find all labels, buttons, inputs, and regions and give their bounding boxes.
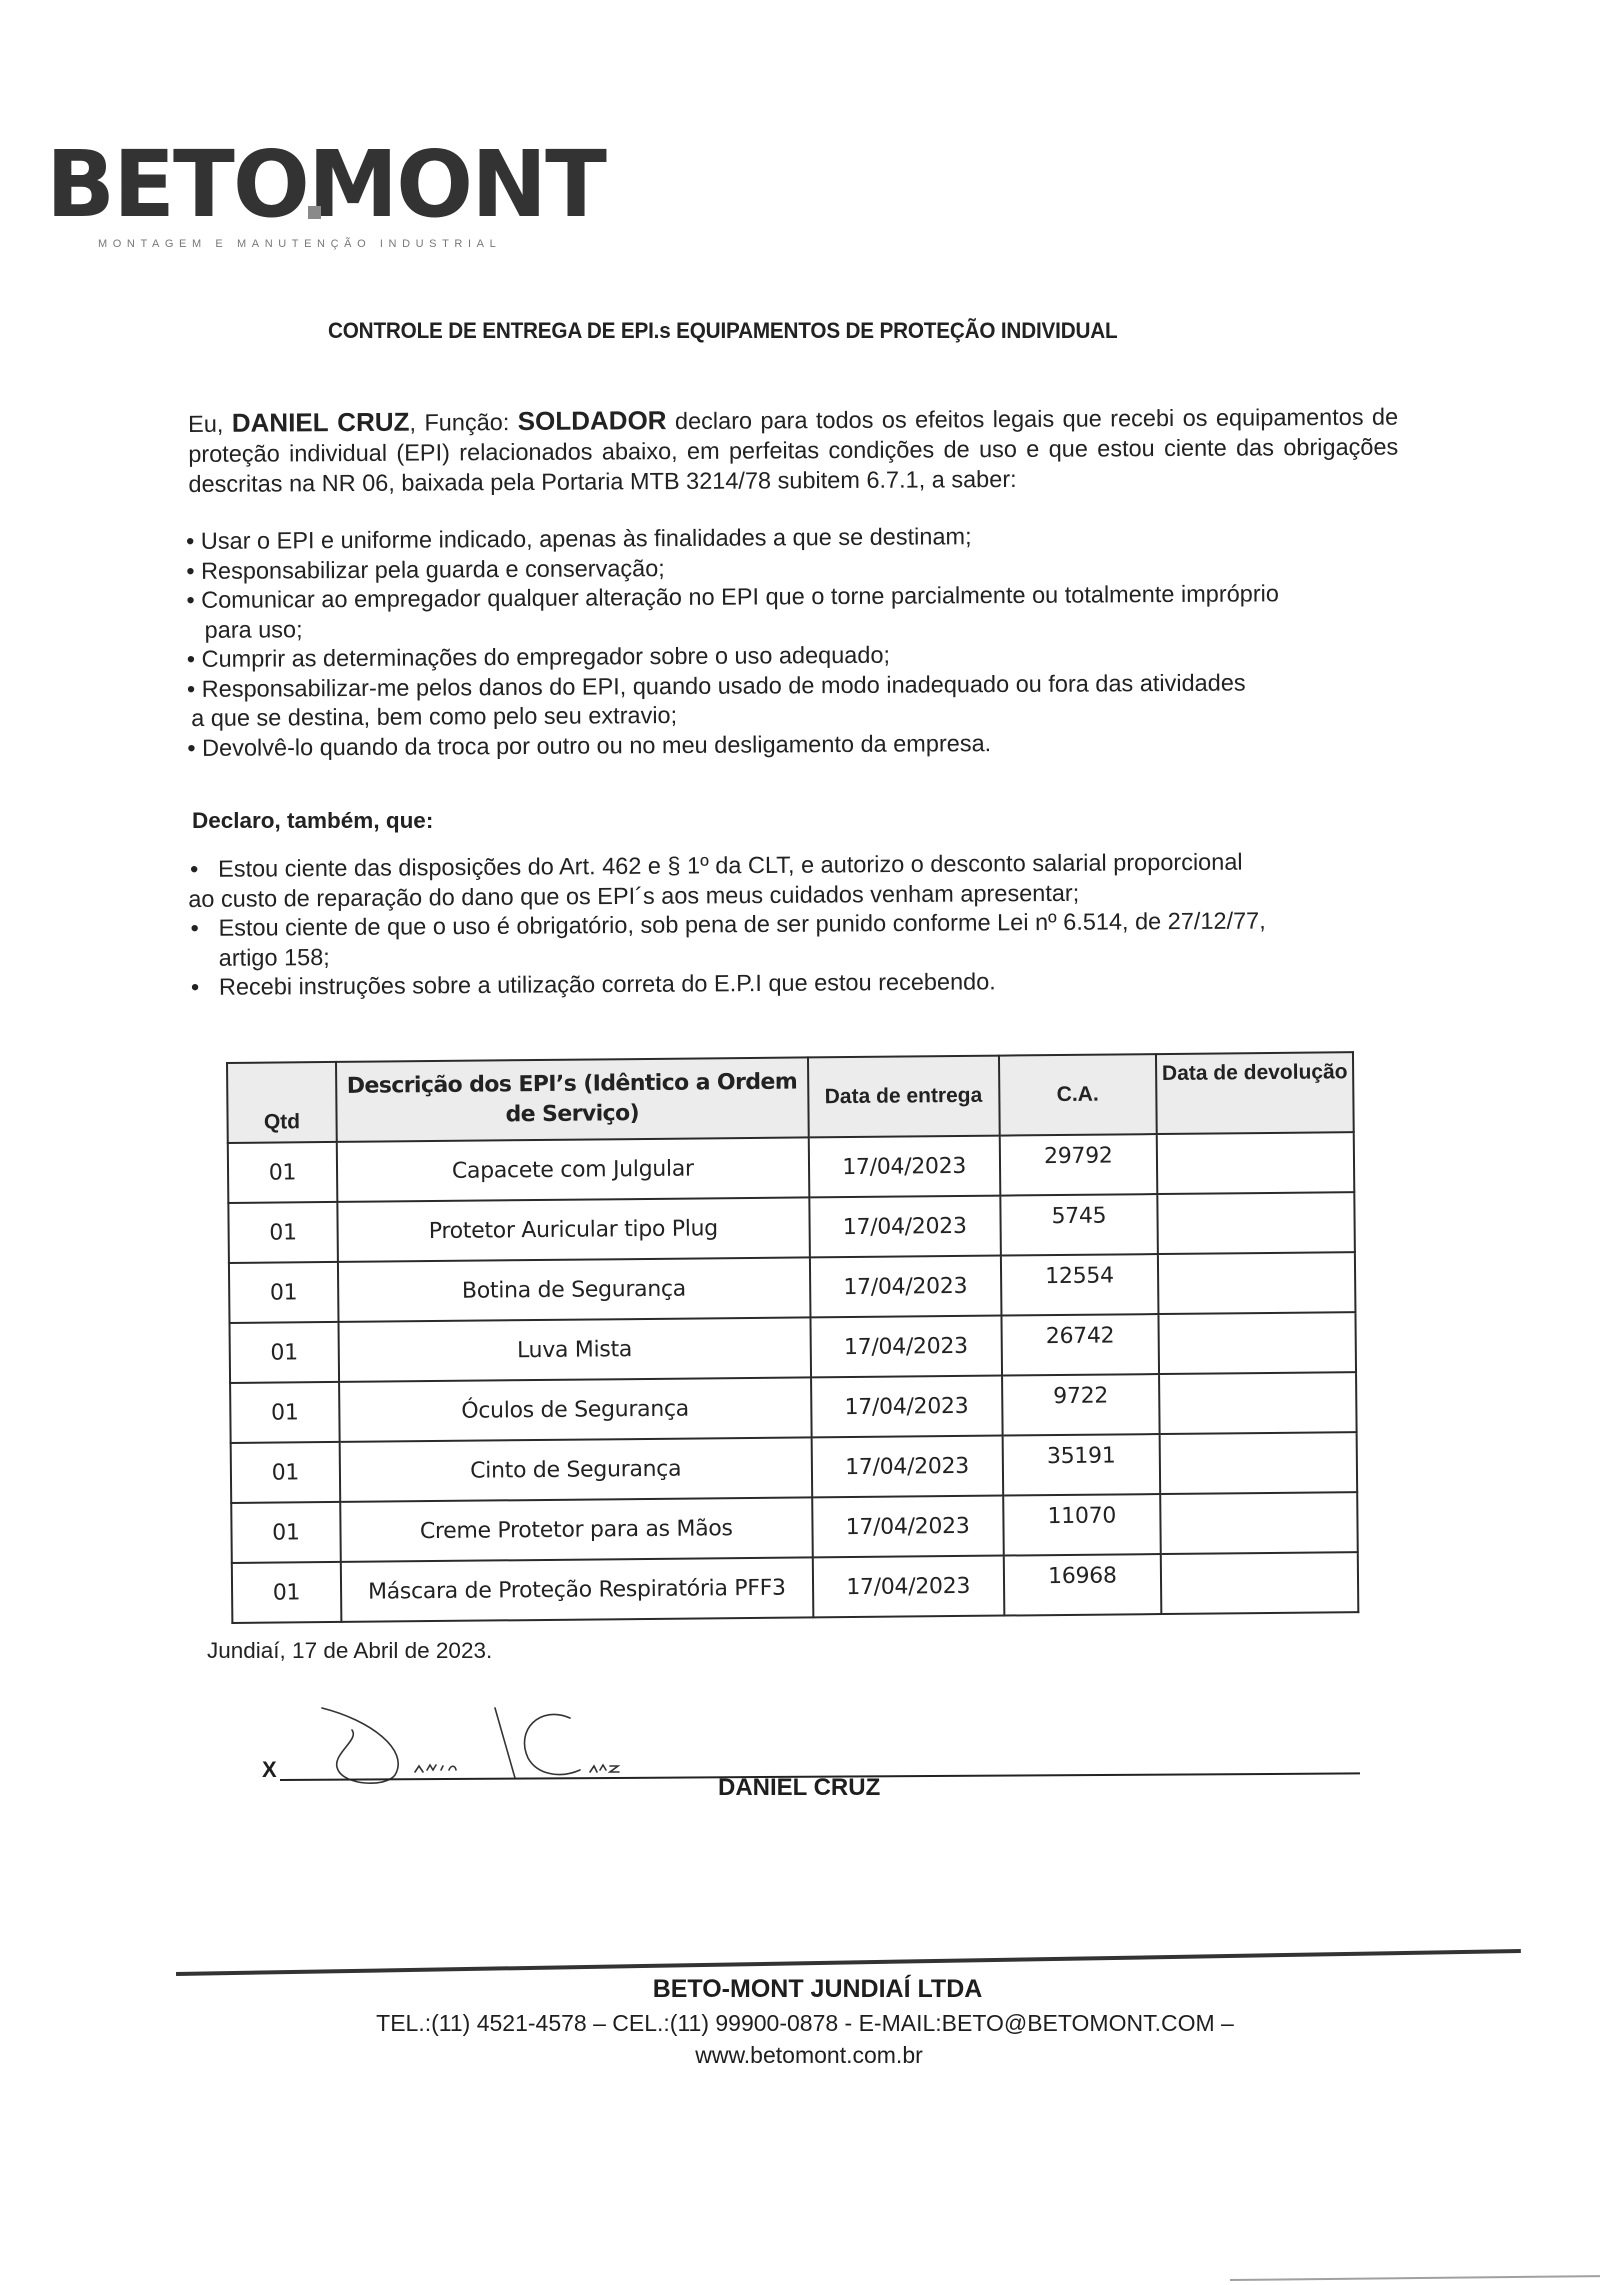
role-label: , Função: <box>409 409 509 436</box>
bullet-icon: • <box>187 734 202 760</box>
table-header-row: Qtd Descrição dos EPI’s (Idêntico a Orde… <box>227 1052 1354 1143</box>
cell-delivery-date: 17/04/2023 <box>809 1196 1000 1258</box>
cell-return-date <box>1160 1432 1357 1494</box>
cell-ca: 26742 <box>1001 1314 1159 1376</box>
cell-return-date <box>1157 1132 1354 1194</box>
place-date: Jundiaí, 17 de Abril de 2023. <box>207 1638 492 1664</box>
epi-delivery-table: Qtd Descrição dos EPI’s (Idêntico a Orde… <box>226 1051 1359 1624</box>
also-declare-list: •Estou ciente das disposições do Art. 46… <box>188 846 1429 1002</box>
header-ca: C.A. <box>999 1054 1157 1136</box>
scan-edge <box>1230 2275 1600 2281</box>
cell-qtd: 01 <box>232 1562 341 1623</box>
obligations-list: • Usar o EPI e uniforme indicado, apenas… <box>186 519 1427 763</box>
table-row: 01Máscara de Proteção Respiratória PFF31… <box>232 1552 1359 1623</box>
table-row: 01Capacete com Julgular17/04/202329792 <box>228 1132 1355 1203</box>
cell-return-date <box>1159 1312 1356 1374</box>
bullet-icon: • <box>186 587 201 613</box>
footer-contact: TEL.:(11) 4521-4578 – CEL.:(11) 99900-08… <box>0 2010 1600 2037</box>
signature-marker: X <box>262 1757 277 1783</box>
cell-return-date <box>1160 1492 1357 1554</box>
signer-name: DANIEL CRUZ <box>718 1774 880 1802</box>
cell-description: Máscara de Proteção Respiratória PFF3 <box>341 1557 814 1622</box>
bullet-icon: • <box>187 675 202 701</box>
footer-divider <box>176 1949 1521 1976</box>
bullet-icon: • <box>188 914 218 944</box>
table-row: 01Luva Mista17/04/202326742 <box>230 1312 1357 1383</box>
also-declare-heading: Declaro, também, que: <box>192 806 433 836</box>
cell-description: Óculos de Segurança <box>339 1377 812 1442</box>
header-description: Descrição dos EPI’s (Idêntico a Ordem de… <box>336 1057 809 1142</box>
table-row: 01Creme Protetor para as Mãos17/04/20231… <box>231 1492 1358 1563</box>
cell-qtd: 01 <box>231 1442 340 1503</box>
cell-delivery-date: 17/04/2023 <box>810 1256 1001 1318</box>
cell-description: Creme Protetor para as Mãos <box>340 1497 813 1562</box>
cell-delivery-date: 17/04/2023 <box>810 1316 1001 1378</box>
declaration-prefix: Eu, <box>188 411 223 437</box>
table-row: 01Protetor Auricular tipo Plug17/04/2023… <box>228 1192 1355 1263</box>
bullet-icon: • <box>189 973 219 1003</box>
bullet-icon: • <box>187 646 202 672</box>
table-row: 01Cinto de Segurança17/04/202335191 <box>231 1432 1358 1503</box>
bullet-icon: • <box>188 855 218 885</box>
cell-description: Botina de Segurança <box>338 1257 811 1322</box>
cell-delivery-date: 17/04/2023 <box>811 1436 1002 1498</box>
document-title: CONTROLE DE ENTREGA DE EPI.s EQUIPAMENTO… <box>328 318 1117 344</box>
cell-qtd: 01 <box>228 1142 337 1203</box>
table-row: 01Óculos de Segurança17/04/20239722 <box>230 1372 1357 1443</box>
cell-delivery-date: 17/04/2023 <box>812 1496 1003 1558</box>
employee-name: DANIEL CRUZ <box>232 407 410 438</box>
bullet-icon: • <box>186 557 201 583</box>
declaration-paragraph: Eu, DANIEL CRUZ, Função: SOLDADOR declar… <box>188 401 1399 499</box>
cell-return-date <box>1158 1192 1355 1254</box>
cell-qtd: 01 <box>228 1202 337 1263</box>
cell-qtd: 01 <box>230 1322 339 1383</box>
footer-company: BETO-MONT JUNDIAÍ LTDA <box>0 1975 1600 2004</box>
cell-description: Cinto de Segurança <box>339 1437 812 1502</box>
header-qtd: Qtd <box>227 1062 337 1143</box>
cell-ca: 9722 <box>1002 1374 1160 1436</box>
bullet-icon: • <box>186 528 201 554</box>
company-logo: BETOMONT <box>46 140 613 230</box>
cell-delivery-date: 17/04/2023 <box>813 1556 1004 1618</box>
logo-wordmark: BETOMONT <box>46 140 605 230</box>
cell-ca: 11070 <box>1003 1494 1161 1556</box>
cell-ca: 35191 <box>1002 1434 1160 1496</box>
cell-qtd: 01 <box>231 1502 340 1563</box>
cell-description: Luva Mista <box>338 1317 811 1382</box>
cell-return-date <box>1158 1252 1355 1314</box>
cell-qtd: 01 <box>229 1262 338 1323</box>
cell-ca: 16968 <box>1003 1554 1161 1616</box>
cell-description: Protetor Auricular tipo Plug <box>337 1197 810 1262</box>
logo-tagline: MONTAGEM E MANUTENÇÃO INDUSTRIAL <box>98 238 501 250</box>
header-delivery-date: Data de entrega <box>808 1056 1000 1138</box>
footer-website[interactable]: www.betomont.com.br <box>0 2042 1600 2069</box>
cell-ca: 12554 <box>1000 1254 1158 1316</box>
employee-role: SOLDADOR <box>518 405 667 436</box>
cell-return-date <box>1161 1552 1358 1614</box>
cell-delivery-date: 17/04/2023 <box>808 1136 999 1198</box>
cell-return-date <box>1159 1372 1356 1434</box>
table-row: 01Botina de Segurança17/04/202312554 <box>229 1252 1356 1323</box>
cell-ca: 29792 <box>999 1134 1157 1196</box>
cell-ca: 5745 <box>1000 1194 1158 1256</box>
logo-dot-icon <box>308 206 321 219</box>
header-return-date: Data de devolução <box>1156 1052 1354 1134</box>
cell-delivery-date: 17/04/2023 <box>811 1376 1002 1438</box>
cell-qtd: 01 <box>230 1382 339 1443</box>
cell-description: Capacete com Julgular <box>337 1137 810 1202</box>
